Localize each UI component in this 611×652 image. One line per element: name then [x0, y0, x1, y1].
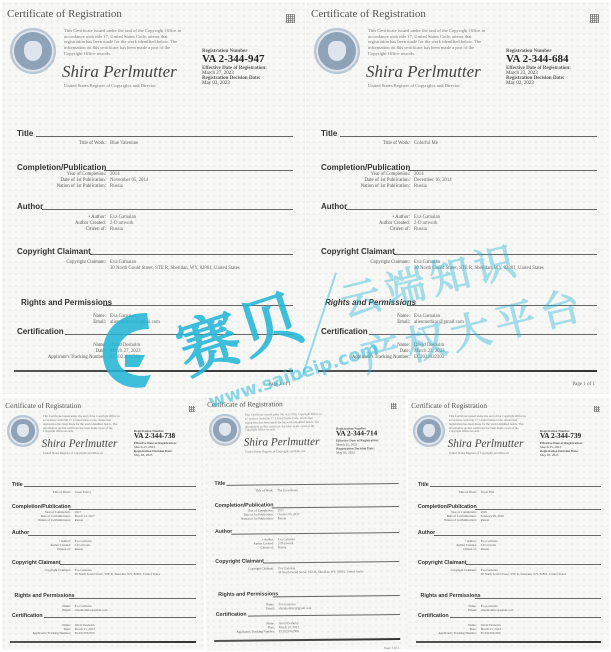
field-label: Nation of 1st Publication: [408, 518, 477, 522]
end-divider [10, 641, 196, 643]
section-heading: Rights and Permissions [218, 592, 278, 599]
claimant-row: Copyright Claimant:Eva Gamaian [306, 260, 440, 265]
author-created-row: Author Created:2-D artwork [2, 221, 134, 226]
registration-number: VA 2-344-947 [202, 54, 267, 66]
signature-caption: United States Register of Copyrights and… [43, 451, 103, 455]
year-row: Year of Completion:2014 [306, 172, 424, 177]
divider [248, 614, 401, 617]
divider [44, 617, 197, 618]
qr-code-icon [391, 403, 397, 409]
section-heading: Rights and Permissions [21, 298, 112, 307]
page-number: Page 1 of 1 [585, 649, 600, 650]
divider [90, 254, 293, 255]
section-heading: Copyright Claimant [17, 247, 91, 256]
author-created: 2-D artwork [110, 221, 134, 226]
tracking-number: EC2023032303 [414, 355, 444, 360]
section-heading: Rights and Permissions [325, 298, 416, 307]
decision-date: May 03, 2023 [336, 450, 379, 454]
section-heading: Copyright Claimant [321, 247, 395, 256]
section-heading: Certification [418, 613, 449, 619]
copyright-office-seal-icon [7, 415, 39, 447]
divider [407, 305, 597, 306]
field-label: Author Created: [306, 221, 410, 226]
rights-email-row: Email:alienmothinc@gmail.com [2, 608, 107, 612]
effective-date-label: Effective Date of Registration: [506, 66, 571, 71]
field-label: Name: [2, 314, 106, 319]
registration-block: Registration Number VA 2-344-739 Effecti… [540, 429, 583, 457]
divider [430, 486, 601, 487]
claimant-address: 30 North Gould Street, STE R, Sheridan, … [414, 266, 544, 271]
field-label: Citizen of: [2, 227, 106, 232]
qr-code-icon [590, 14, 599, 23]
field-label: Date: [2, 349, 106, 354]
author-row: • Author:Eva Gamaian [2, 215, 136, 220]
section-heading: Rights and Permissions [15, 593, 75, 599]
certifier-name-row: Name:David Desholm [2, 343, 140, 348]
claimant-address: 30 North Gould Street, STE R, Sheridan, … [481, 572, 566, 576]
section-heading: Completion/Publication [321, 163, 410, 172]
field-label: • Author: [2, 215, 106, 220]
field-label: Title of Work: [408, 490, 477, 494]
nation: Russia [414, 184, 427, 189]
signature: Shira Perlmutter [42, 438, 118, 450]
field-label: Title of Work: [306, 141, 410, 146]
divider [42, 209, 293, 210]
page-number: Page 1 of 1 [180, 649, 195, 650]
decision-date-label: Registration Decision Date: [506, 76, 571, 81]
divider [272, 595, 399, 597]
nation: Russia [110, 184, 123, 189]
decision-date: May 02, 2023 [506, 81, 571, 86]
section-heading: Certification [17, 327, 64, 336]
certificate: Certificate of Registration This Certifi… [306, 2, 609, 394]
claimant-address: 30 North Gould Street, STE R, Sheridan, … [278, 570, 363, 575]
nation: Russia [278, 516, 286, 520]
divider [369, 334, 597, 335]
divider [28, 535, 196, 536]
divider [408, 170, 597, 171]
nation-row: Nation of 1st Publication:Russia [205, 516, 286, 521]
divider [434, 535, 601, 536]
field-label: Name: [2, 343, 106, 348]
author-created: 2-D artwork [414, 221, 438, 226]
claimant-address-row: 30 North Gould Street, STE R, Sheridan, … [206, 570, 364, 576]
title-of-work: The Greenhouse [277, 488, 298, 492]
tracking-number: EC2023032509 [481, 631, 501, 635]
field-label: Year of Completion: [306, 172, 410, 177]
certificate: Certificate of Registration This Certifi… [204, 395, 409, 651]
divider [227, 483, 399, 486]
field-label: Email: [306, 320, 410, 325]
section-heading: Certification [321, 327, 368, 336]
claimant-address-row: 30 North Gould Street, STE R, Sheridan, … [2, 572, 160, 576]
field-label: Date of 1st Publication: [306, 178, 410, 183]
divider [340, 136, 597, 137]
field-label: Applicant's Tracking Number: [2, 355, 106, 360]
divider [466, 564, 601, 565]
certificate-blurb: This Certificate issued under the seal o… [64, 28, 186, 57]
citizenship: Russia [110, 227, 123, 232]
field-label: Citizen of: [2, 547, 71, 551]
publication-date: November 05, 2014 [110, 178, 148, 183]
certificate-blurb: This Certificate issued under the seal o… [245, 413, 326, 433]
field-label: Citizen of: [306, 227, 410, 232]
section-title: Title [205, 479, 407, 481]
author-row: • Author:Eva Gamaian [306, 215, 440, 220]
certification-date-row: Date:March 27, 2023 [2, 349, 141, 354]
publication-date-row: Date of 1st Publication:November 05, 201… [2, 178, 148, 183]
claimant-address: 30 North Gould Street, STE R, Sheridan, … [110, 266, 240, 271]
divider [69, 598, 196, 599]
field-label: Name: [306, 314, 410, 319]
field-label: Copyright Claimant: [2, 260, 106, 265]
title-of-work-row: Title of Work:Lunar Policy [2, 490, 91, 494]
divider [69, 509, 196, 510]
title-of-work-row: Title of Work:Street Fish [408, 490, 494, 494]
section-heading: Rights and Permissions [421, 593, 481, 599]
field-label: Email: [2, 608, 71, 612]
certificate-blurb: This Certificate issued under the seal o… [449, 415, 530, 434]
title-of-work: Colorful Me [414, 141, 438, 146]
divider [263, 561, 399, 563]
field-label: Nation of 1st Publication: [2, 518, 71, 522]
signature: Shira Perlmutter [244, 435, 320, 448]
divider [475, 509, 601, 510]
field-label: Applicant's Tracking Number: [408, 631, 477, 635]
section-heading: Author [321, 202, 347, 211]
section-heading: Author [215, 529, 232, 535]
claimant-row: Copyright Claimant:Eva Gamaian [2, 260, 136, 265]
nation-row: Nation of 1st Publication:Russia [306, 184, 427, 189]
field-label: Email: [2, 320, 106, 325]
copyright-office-seal-icon [314, 28, 360, 74]
section-heading: Author [17, 202, 43, 211]
author-name: Eva Gamaian [414, 215, 440, 220]
divider [394, 254, 597, 255]
title-of-work-row: Title of Work:The Greenhouse [205, 488, 298, 493]
certificate-header: Certificate of Registration [311, 8, 426, 20]
rights-name: Eva Gamaian [414, 314, 440, 319]
tracking-number-row: Applicant's Tracking Number:EC2023032505 [2, 631, 94, 635]
registration-number: VA 2-344-739 [540, 433, 583, 441]
page-number: Page 1 of 1 [384, 646, 399, 650]
divider [272, 506, 399, 508]
title-of-work-row: Title of Work:Blue Valentine [2, 141, 138, 146]
divider [24, 486, 196, 487]
divider [60, 564, 196, 565]
certification-date-row: Date:March 23, 2023 [306, 349, 445, 354]
rights-name-row: Name:Eva Gamaian [2, 314, 136, 319]
qr-code-icon [594, 406, 600, 412]
field-label: • Author: [306, 215, 410, 220]
field-label: Applicant's Tracking Number: [206, 629, 275, 634]
rights-email: alienmothinc@gmail.com [110, 320, 160, 325]
certification-date: March 27, 2023 [110, 349, 141, 354]
tracking-number-row: Applicant's Tracking Number:EC2023032303 [306, 355, 444, 360]
section-heading: Completion/Publication [17, 163, 106, 172]
copyright-office-seal-icon [209, 414, 241, 446]
copyright-office-seal-icon [10, 28, 56, 74]
citizenship: Russia [278, 545, 286, 549]
section-heading: Copyright Claimant [12, 560, 61, 566]
end-divider [416, 641, 601, 643]
field-label: Nation of 1st Publication: [306, 184, 410, 189]
field-label: Author Created: [2, 221, 106, 226]
publication-date: December 16, 2014 [414, 178, 452, 183]
certificate-header: Certificate of Registration [7, 8, 122, 20]
section-heading: Copyright Claimant [215, 558, 264, 565]
rights-name-row: Name:Eva Gamaian [306, 314, 440, 319]
field-label: Title of Work: [2, 490, 71, 494]
field-label: Applicant's Tracking Number: [2, 631, 71, 635]
field-label: Applicant's Tracking Number: [306, 355, 410, 360]
divider [103, 305, 293, 306]
signature-caption: United States Register of Copyrights and… [449, 451, 509, 455]
section-heading: Author [418, 530, 435, 536]
rights-email: alienmothinc@gmail.com [414, 320, 464, 325]
tracking-number: EC2023032701 [110, 355, 140, 360]
field-label: Year of Completion: [2, 172, 106, 177]
citizen-row: Citizen of:Russia [408, 547, 489, 551]
effective-date-label: Effective Date of Registration: [202, 66, 267, 71]
section-author: Author [205, 527, 407, 529]
field-label: Title of Work: [2, 141, 106, 146]
tracking-number-row: Applicant's Tracking Number:EC2023032701 [2, 355, 140, 360]
section-heading: Title [214, 481, 225, 487]
certifier-name-row: Name:David Desholm [306, 343, 444, 348]
citizenship: Russia [75, 547, 83, 551]
rights-name: Eva Gamaian [110, 314, 136, 319]
certificate: Certificate of Registration This Certifi… [2, 2, 305, 394]
tracking-number-row: Applicant's Tracking Number:EC2023032509 [408, 631, 500, 635]
end-divider [318, 370, 597, 372]
nation-row: Nation of 1st Publication:Russia [2, 184, 123, 189]
registration-number: VA 2-344-684 [506, 54, 571, 66]
section-heading: Certification [216, 611, 247, 617]
registration-block: Registration Number VA 2-344-714 Effecti… [336, 426, 379, 454]
signature-caption: United States Register of Copyrights and… [64, 83, 156, 88]
title-of-work: Blue Valentine [110, 141, 138, 146]
section-heading: Certification [12, 613, 43, 619]
certificate: Certificate of Registration This Certifi… [2, 398, 204, 650]
divider [104, 170, 293, 171]
rights-email: alienmothinc@gmail.com [278, 606, 311, 610]
citizenship: Russia [481, 547, 489, 551]
section-heading: Title [12, 482, 23, 488]
citizen-row: Citizen of:Russia [2, 547, 83, 551]
divider [231, 532, 399, 535]
citizenship: Russia [414, 227, 427, 232]
decision-date-label: Registration Decision Date: [202, 76, 267, 81]
copyright-office-seal-icon [413, 415, 445, 447]
tracking-number: EC2023032508 [279, 629, 299, 633]
certificate: Certificate of Registration This Certifi… [408, 398, 609, 650]
citizen-row: Citizen of:Russia [306, 227, 427, 232]
registration-block: Registration Number VA 2-344-738 Effecti… [134, 429, 177, 457]
certifier-name: David Desholm [414, 343, 444, 348]
claimant-address-row: 30 North Gould Street, STE R, Sheridan, … [306, 266, 544, 271]
rights-email-row: Email:alienmothinc@gmail.com [306, 320, 464, 325]
signature-caption: United States Register of Copyrights and… [245, 449, 305, 454]
section-claimant: Copyright Claimant [205, 557, 407, 559]
certificate-header: Certificate of Registration [411, 402, 487, 410]
title-of-work: Lunar Policy [75, 490, 91, 494]
tracking-number: EC2023032505 [75, 631, 95, 635]
field-label: Citizen of: [205, 545, 274, 550]
page-number: Page 1 of 1 [268, 382, 291, 387]
page-number: Page 1 of 1 [572, 382, 595, 387]
nation: Russia [75, 518, 83, 522]
claimant-name: Eva Gamaian [110, 260, 136, 265]
signature: Shira Perlmutter [62, 62, 177, 82]
author-created-row: Author Created:2-D artwork [306, 221, 438, 226]
rights-email-row: Email:alienmothinc@gmail.com [2, 320, 160, 325]
field-label: Title of Work: [205, 488, 274, 493]
qr-code-icon [286, 14, 295, 23]
field-label: Date: [306, 349, 410, 354]
field-label: Citizen of: [408, 547, 477, 551]
registration-block: Registration Number VA 2-344-947 Effecti… [202, 49, 267, 86]
end-divider [14, 370, 293, 372]
certification-date: March 23, 2023 [414, 349, 445, 354]
claimant-name: Eva Gamaian [414, 260, 440, 265]
rights-email: alienmothinc@gmail.com [75, 608, 108, 612]
field-label: Nation of 1st Publication: [2, 184, 106, 189]
section-completion: Completion/Publication [205, 501, 407, 503]
claimant-address: 30 North Gould Street, STE R, Sheridan, … [75, 572, 160, 576]
publication-date-row: Date of 1st Publication:December 16, 201… [306, 178, 452, 183]
signature: Shira Perlmutter [448, 438, 524, 450]
certificate-blurb: This Certificate issued under the seal o… [43, 415, 124, 434]
registration-number: VA 2-344-738 [134, 433, 177, 441]
section-heading: Copyright Claimant [418, 560, 467, 566]
rights-email: alienmothinc@gmail.com [481, 608, 514, 612]
certificate-header: Certificate of Registration [5, 402, 81, 410]
decision-date: May 03, 2023 [134, 453, 177, 457]
citizen-row: Citizen of:Russia [205, 545, 286, 550]
section-heading: Title [17, 129, 33, 138]
title-of-work: Street Fish [481, 490, 495, 494]
registration-block: Registration Number VA 2-344-684 Effecti… [506, 49, 571, 86]
certificate-header: Certificate of Registration [207, 400, 283, 409]
section-heading: Author [12, 530, 29, 536]
rights-email-row: Email:alienmothinc@gmail.com [408, 608, 513, 612]
field-label: Name: [306, 343, 410, 348]
divider [36, 136, 293, 137]
year-of-completion: 2014 [414, 172, 424, 177]
section-heading: Title [321, 129, 337, 138]
certificate-blurb: This Certificate issued under the seal o… [368, 28, 490, 57]
author-name: Eva Gamaian [110, 215, 136, 220]
year-of-completion: 2014 [110, 172, 120, 177]
nation-row: Nation of 1st Publication:Russia [408, 518, 489, 522]
year-row: Year of Completion:2014 [2, 172, 120, 177]
nation-row: Nation of 1st Publication:Russia [2, 518, 83, 522]
field-label: Date of 1st Publication: [2, 178, 106, 183]
divider [475, 598, 601, 599]
tracking-number-row: Applicant's Tracking Number:EC2023032508 [206, 629, 298, 634]
section-rights: Rights and Permissions [206, 590, 408, 592]
section-heading: Title [418, 482, 429, 488]
certifier-name: David Desholm [110, 343, 140, 348]
registration-number: VA 2-344-714 [336, 430, 379, 438]
qr-code-icon [189, 406, 195, 412]
field-label: Nation of 1st Publication: [205, 516, 274, 521]
claimant-address-row: 30 North Gould Street, STE R, Sheridan, … [408, 572, 566, 576]
divider [346, 209, 597, 210]
signature-caption: United States Register of Copyrights and… [368, 83, 460, 88]
decision-date: May 03, 2023 [540, 453, 583, 457]
field-label: Email: [408, 608, 477, 612]
signature: Shira Perlmutter [366, 62, 481, 82]
end-divider [214, 638, 400, 642]
field-label: Copyright Claimant: [306, 260, 410, 265]
nation: Russia [481, 518, 489, 522]
decision-date: May 03, 2023 [202, 81, 267, 86]
citizen-row: Citizen of:Russia [2, 227, 123, 232]
claimant-address-row: 30 North Gould Street, STE R, Sheridan, … [2, 266, 240, 271]
title-of-work-row: Title of Work:Colorful Me [306, 141, 438, 146]
rights-email-row: Email:alienmothinc@gmail.com [206, 606, 311, 611]
divider [65, 334, 293, 335]
divider [450, 617, 602, 618]
